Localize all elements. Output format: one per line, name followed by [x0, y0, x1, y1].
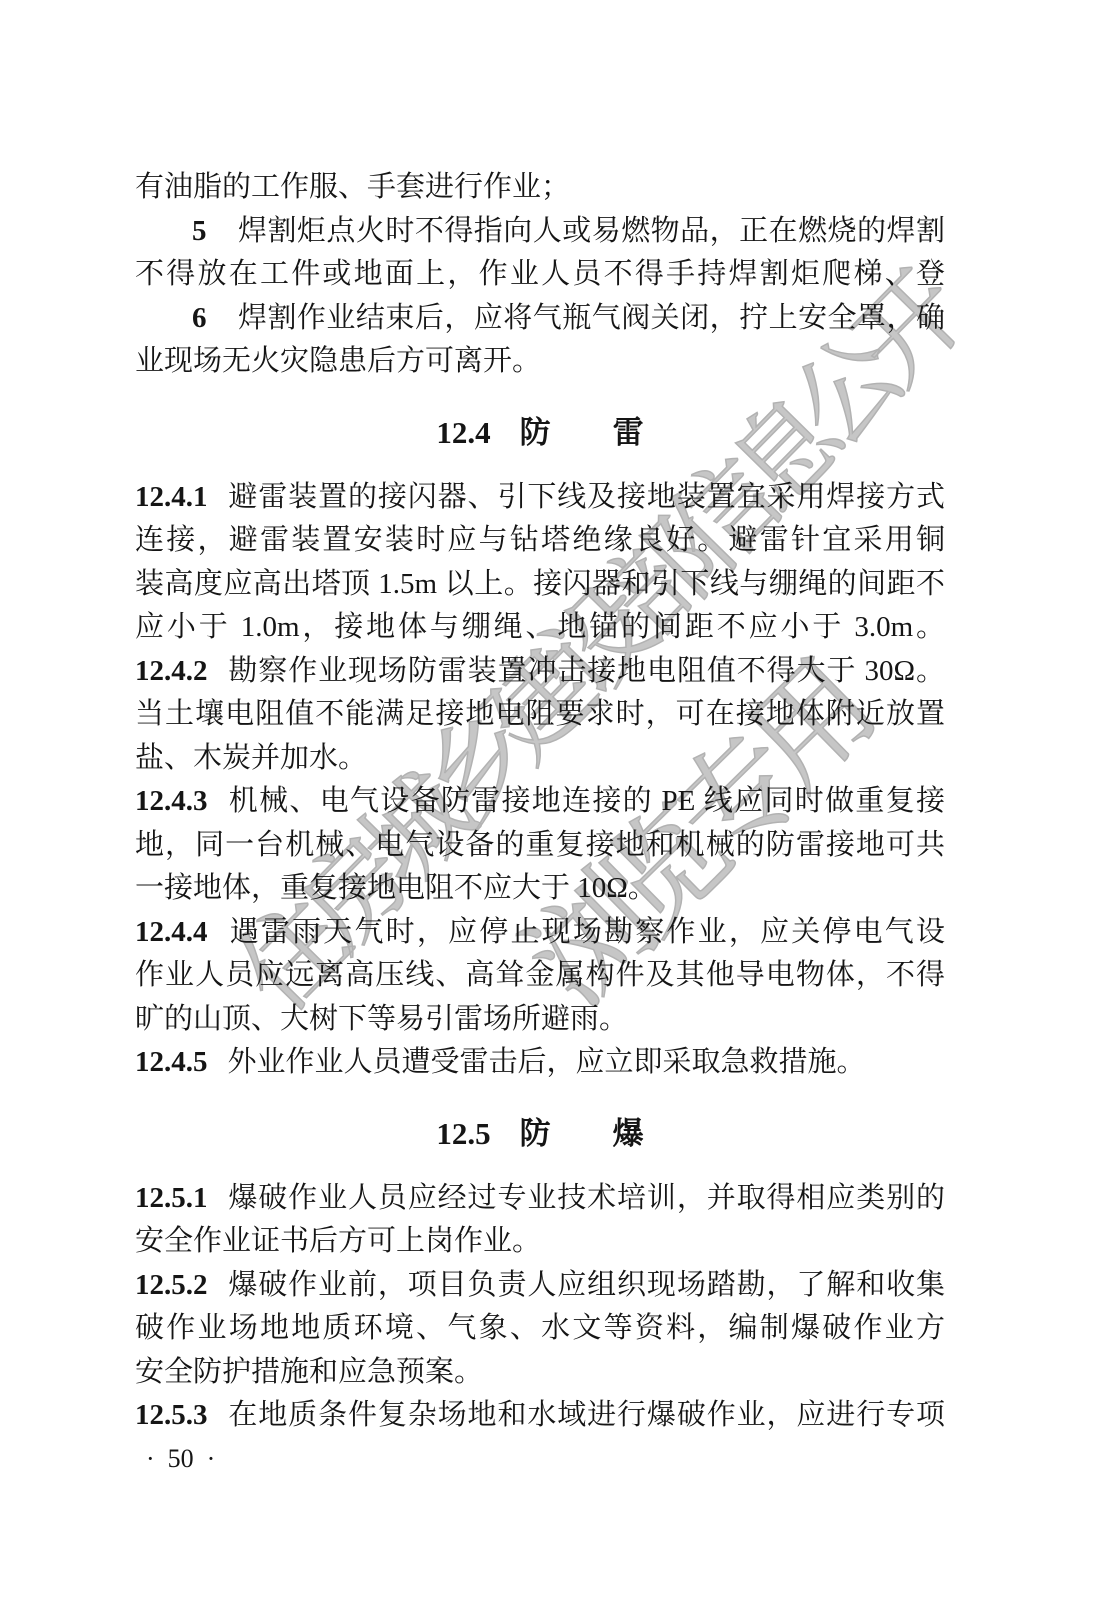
section-title-char: 雷 — [613, 415, 644, 450]
item-number: 6 — [192, 302, 207, 334]
page-footer: · 50 · — [146, 1442, 215, 1476]
line-text: 安全作业证书后方可上岗作业。 — [135, 1225, 541, 1257]
document-page: 住房城乡建设部信息公开 浏览专用 有油脂的工作服、手套进行作业；5焊割炬点火时不… — [0, 0, 1102, 1598]
line-text: 盐、木炭并加水。 — [135, 742, 367, 774]
clause-number: 12.5.2 — [135, 1269, 208, 1301]
line-text: 连接，避雷装置安装时应与钻塔绝缘良好。避雷针宜采用铜棒，安 — [135, 524, 945, 563]
text-line: 作业人员应远离高压线、高耸金属构件及其他导电物体，不得在空 — [135, 954, 945, 998]
footer-dot: · — [146, 1442, 155, 1476]
section-number: 12.5 — [436, 1116, 490, 1151]
page-number: 50 — [168, 1442, 194, 1476]
clause-number: 12.4.3 — [135, 785, 208, 817]
text-line: 旷的山顶、大树下等易引雷场所避雨。 — [135, 998, 945, 1042]
text-line: 连接，避雷装置安装时应与钻塔绝缘良好。避雷针宜采用铜棒，安 — [135, 519, 945, 563]
text-line: 12.4.5外业作业人员遭受雷击后，应立即采取急救措施。 — [135, 1041, 945, 1085]
line-text: 外业作业人员遭受雷击后，应立即采取急救措施。 — [228, 1046, 866, 1078]
line-text: 地，同一台机械、电气设备的重复接地和机械的防雷接地可共用同 — [135, 829, 945, 868]
text-line: 12.5.1爆破作业人员应经过专业技术培训，并取得相应类别的 — [135, 1177, 945, 1221]
clause-number: 12.5.3 — [135, 1399, 208, 1431]
text-line: 盐、木炭并加水。 — [135, 737, 945, 781]
text-line: 应小于 1.0m，接地体与绷绳、地锚的间距不应小于 3.0m。 — [135, 606, 945, 650]
section-number: 12.4 — [436, 415, 490, 450]
text-line: 12.4.1避雷装置的接闪器、引下线及接地装置宜采用焊接方式 — [135, 476, 945, 520]
line-text: 作业人员应远离高压线、高耸金属构件及其他导电物体，不得在空 — [135, 959, 945, 998]
line-text: 一接地体，重复接地电阻不应大于 10Ω。 — [135, 872, 657, 904]
text-line: 6焊割作业结束后，应将气瓶气阀关闭，拧上安全罩，确认作 — [135, 297, 945, 341]
footer-dot: · — [207, 1442, 216, 1476]
text-line: 地，同一台机械、电气设备的重复接地和机械的防雷接地可共用同 — [135, 824, 945, 868]
text-line: 装高度应高出塔顶 1.5m 以上。接闪器和引下线与绷绳的间距不 — [135, 563, 945, 607]
text-line: 12.5.3在地质条件复杂场地和水域进行爆破作业，应进行专项 — [135, 1394, 945, 1438]
line-text: 不得放在工件或地面上，作业人员不得手持焊割炬爬梯、登高； — [135, 258, 945, 297]
text-line: 业现场无火灾隐患后方可离开。 — [135, 340, 945, 384]
line-text: 遇雷雨天气时，应停止现场勘察作业，应关停电气设备。 — [135, 916, 945, 955]
text-line: 5焊割炬点火时不得指向人或易燃物品，正在燃烧的焊割炬 — [135, 210, 945, 254]
section-heading: 12.5防爆 — [135, 1112, 945, 1156]
line-text: 应小于 1.0m，接地体与绷绳、地锚的间距不应小于 3.0m。 — [135, 611, 945, 643]
text-line: 12.5.2爆破作业前，项目负责人应组织现场踏勘，了解和收集爆 — [135, 1264, 945, 1308]
section-title-char: 防 — [520, 1116, 551, 1151]
line-text: 当土壤电阻值不能满足接地电阻要求时，可在接地体附近放置食 — [135, 698, 945, 737]
text-line: 12.4.4遇雷雨天气时，应停止现场勘察作业，应关停电气设备。 — [135, 911, 945, 955]
line-text: 有油脂的工作服、手套进行作业； — [135, 171, 570, 203]
line-text: 勘察作业现场防雷装置冲击接地电阻值不得大于 30Ω。 — [228, 655, 946, 687]
text-line: 安全作业证书后方可上岗作业。 — [135, 1220, 945, 1264]
text-line: 安全防护措施和应急预案。 — [135, 1351, 945, 1395]
text-line: 当土壤电阻值不能满足接地电阻要求时，可在接地体附近放置食 — [135, 693, 945, 737]
item-number: 5 — [192, 215, 207, 247]
text-line: 有油脂的工作服、手套进行作业； — [135, 166, 945, 210]
text-column: 有油脂的工作服、手套进行作业；5焊割炬点火时不得指向人或易燃物品，正在燃烧的焊割… — [135, 166, 945, 1438]
text-line: 一接地体，重复接地电阻不应大于 10Ω。 — [135, 867, 945, 911]
section-title-char: 防 — [520, 415, 551, 450]
clause-number: 12.5.1 — [135, 1182, 208, 1214]
clause-number: 12.4.4 — [135, 916, 208, 948]
clause-number: 12.4.1 — [135, 481, 208, 513]
line-text: 破作业场地地质环境、气象、水文等资料，编制爆破作业方案，制定 — [135, 1312, 945, 1351]
text-line: 破作业场地地质环境、气象、水文等资料，编制爆破作业方案，制定 — [135, 1307, 945, 1351]
section-title-char: 爆 — [613, 1116, 644, 1151]
line-text: 爆破作业人员应经过专业技术培训，并取得相应类别的 — [228, 1182, 946, 1214]
text-line: 12.4.2勘察作业现场防雷装置冲击接地电阻值不得大于 30Ω。 — [135, 650, 945, 694]
text-line: 不得放在工件或地面上，作业人员不得手持焊割炬爬梯、登高； — [135, 253, 945, 297]
line-text: 安全防护措施和应急预案。 — [135, 1356, 483, 1388]
line-text: 避雷装置的接闪器、引下线及接地装置宜采用焊接方式 — [228, 481, 946, 513]
line-text: 业现场无火灾隐患后方可离开。 — [135, 345, 541, 377]
line-text: 焊割炬点火时不得指向人或易燃物品，正在燃烧的焊割炬 — [192, 215, 945, 254]
section-heading: 12.4防雷 — [135, 411, 945, 455]
line-text: 旷的山顶、大树下等易引雷场所避雨。 — [135, 1003, 628, 1035]
line-text: 爆破作业前，项目负责人应组织现场踏勘，了解和收集爆 — [135, 1269, 945, 1308]
line-text: 装高度应高出塔顶 1.5m 以上。接闪器和引下线与绷绳的间距不 — [135, 568, 945, 600]
line-text: 机械、电气设备防雷接地连接的 PE 线应同时做重复接 — [228, 785, 946, 817]
clause-number: 12.4.2 — [135, 655, 208, 687]
line-text: 焊割作业结束后，应将气瓶气阀关闭，拧上安全罩，确认作 — [192, 302, 945, 341]
clause-number: 12.4.5 — [135, 1046, 208, 1078]
text-line: 12.4.3机械、电气设备防雷接地连接的 PE 线应同时做重复接 — [135, 780, 945, 824]
line-text: 在地质条件复杂场地和水域进行爆破作业，应进行专项 — [228, 1399, 946, 1431]
